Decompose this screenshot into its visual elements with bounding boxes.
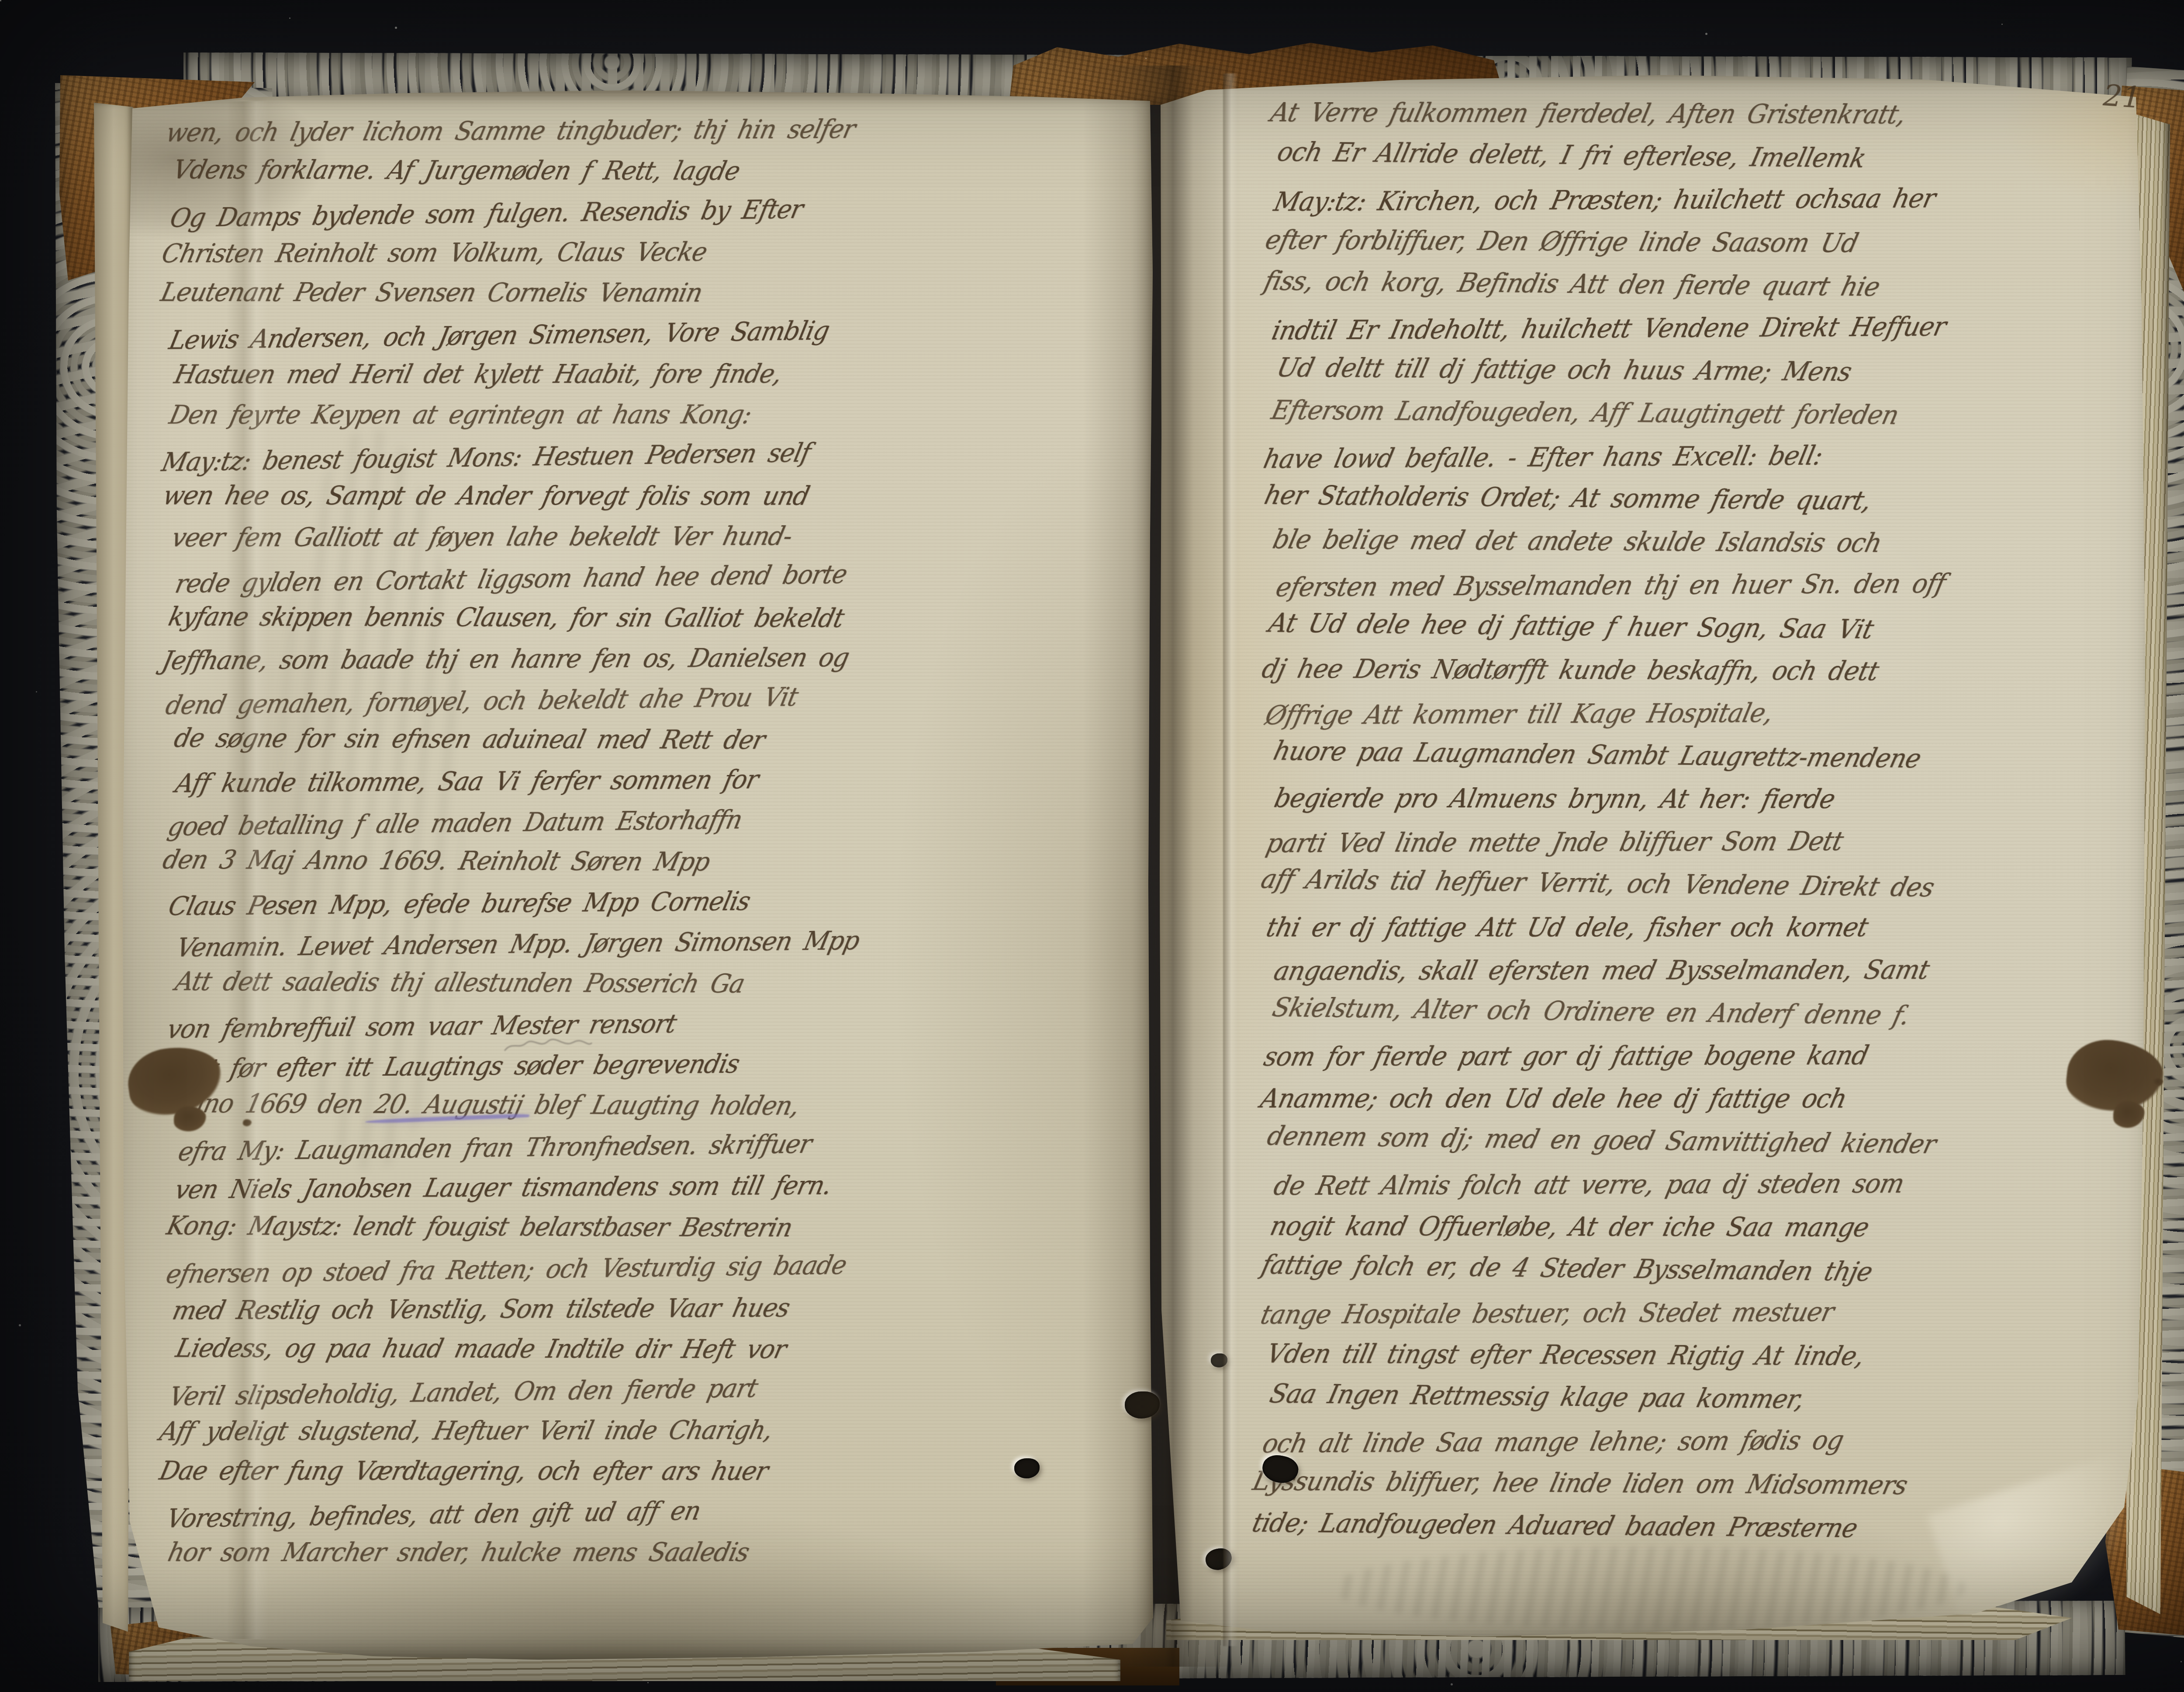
- manuscript-line: kyfane skippen bennis Clausen, for sin G…: [164, 595, 1118, 640]
- manuscript-line: de Rett Almis folch att verre, paa dj st…: [1269, 1160, 2153, 1208]
- manuscript-line: thi er dj fattige Att Ud dele, fisher oc…: [1261, 905, 2146, 950]
- manuscript-line: dj hee Deris Nødtørfft kunde beskaffn, o…: [1257, 646, 2141, 695]
- right-page-text: At Verre fulkommen fierdedel, Aften Gris…: [1266, 91, 2145, 1550]
- manuscript-line: ble belige med det andete skulde Islands…: [1268, 517, 2153, 567]
- manuscript-line: tide; Landfougeden Aduared baaden Præste…: [1248, 1500, 2132, 1554]
- manuscript-line: Aff ydeligt slugstend, Heftuer Veril ind…: [156, 1408, 1109, 1453]
- manuscript-scan: wen, och lyder lichom Samme tingbuder; t…: [0, 0, 2184, 1692]
- pencil-annotation: [502, 1036, 594, 1055]
- manuscript-line: som for fierde part gor dj fattige bogen…: [1259, 1032, 2143, 1080]
- manuscript-line: wen hee os, Sampt de Ander forvegt folis…: [159, 474, 1112, 518]
- manuscript-line: begierde pro Almuens brynn, At her: fier…: [1270, 775, 2154, 823]
- underlined-date: 20. Augustij: [372, 1090, 526, 1120]
- manuscript-line: Christen Reinholt som Volkum, Claus Veck…: [157, 229, 1110, 275]
- manuscript-line: May:tz: Kirchen, och Præsten; huilchett …: [1269, 175, 2153, 225]
- manuscript-line: hor som Marcher snder, hulcke mens Saale…: [163, 1531, 1117, 1574]
- manuscript-line: wen, och lyder lichom Samme tingbuder; t…: [162, 107, 1115, 155]
- manuscript-line: med Restlig och Venstlig, Som tilstede V…: [168, 1285, 1121, 1332]
- manuscript-line: och alt linde Saa mange lehne; som fødis…: [1258, 1416, 2142, 1467]
- left-page-text: wen, och lyder lichom Samme tingbuder; t…: [166, 107, 1118, 1575]
- manuscript-line: ven Niels Janobsen Lauger tismandens som…: [171, 1162, 1124, 1211]
- dust-specks: [0, 0, 1, 1]
- manuscript-line: de søgne for sin efnsen aduineal med Ret…: [170, 716, 1123, 763]
- worm-hole: [1125, 1391, 1160, 1419]
- page-number: 21: [2102, 78, 2142, 115]
- manuscript-line: tange Hospitale bestuer, och Stedet mest…: [1256, 1288, 2140, 1338]
- manuscript-line: Hastuen med Heril det kylett Haabit, for…: [170, 352, 1123, 396]
